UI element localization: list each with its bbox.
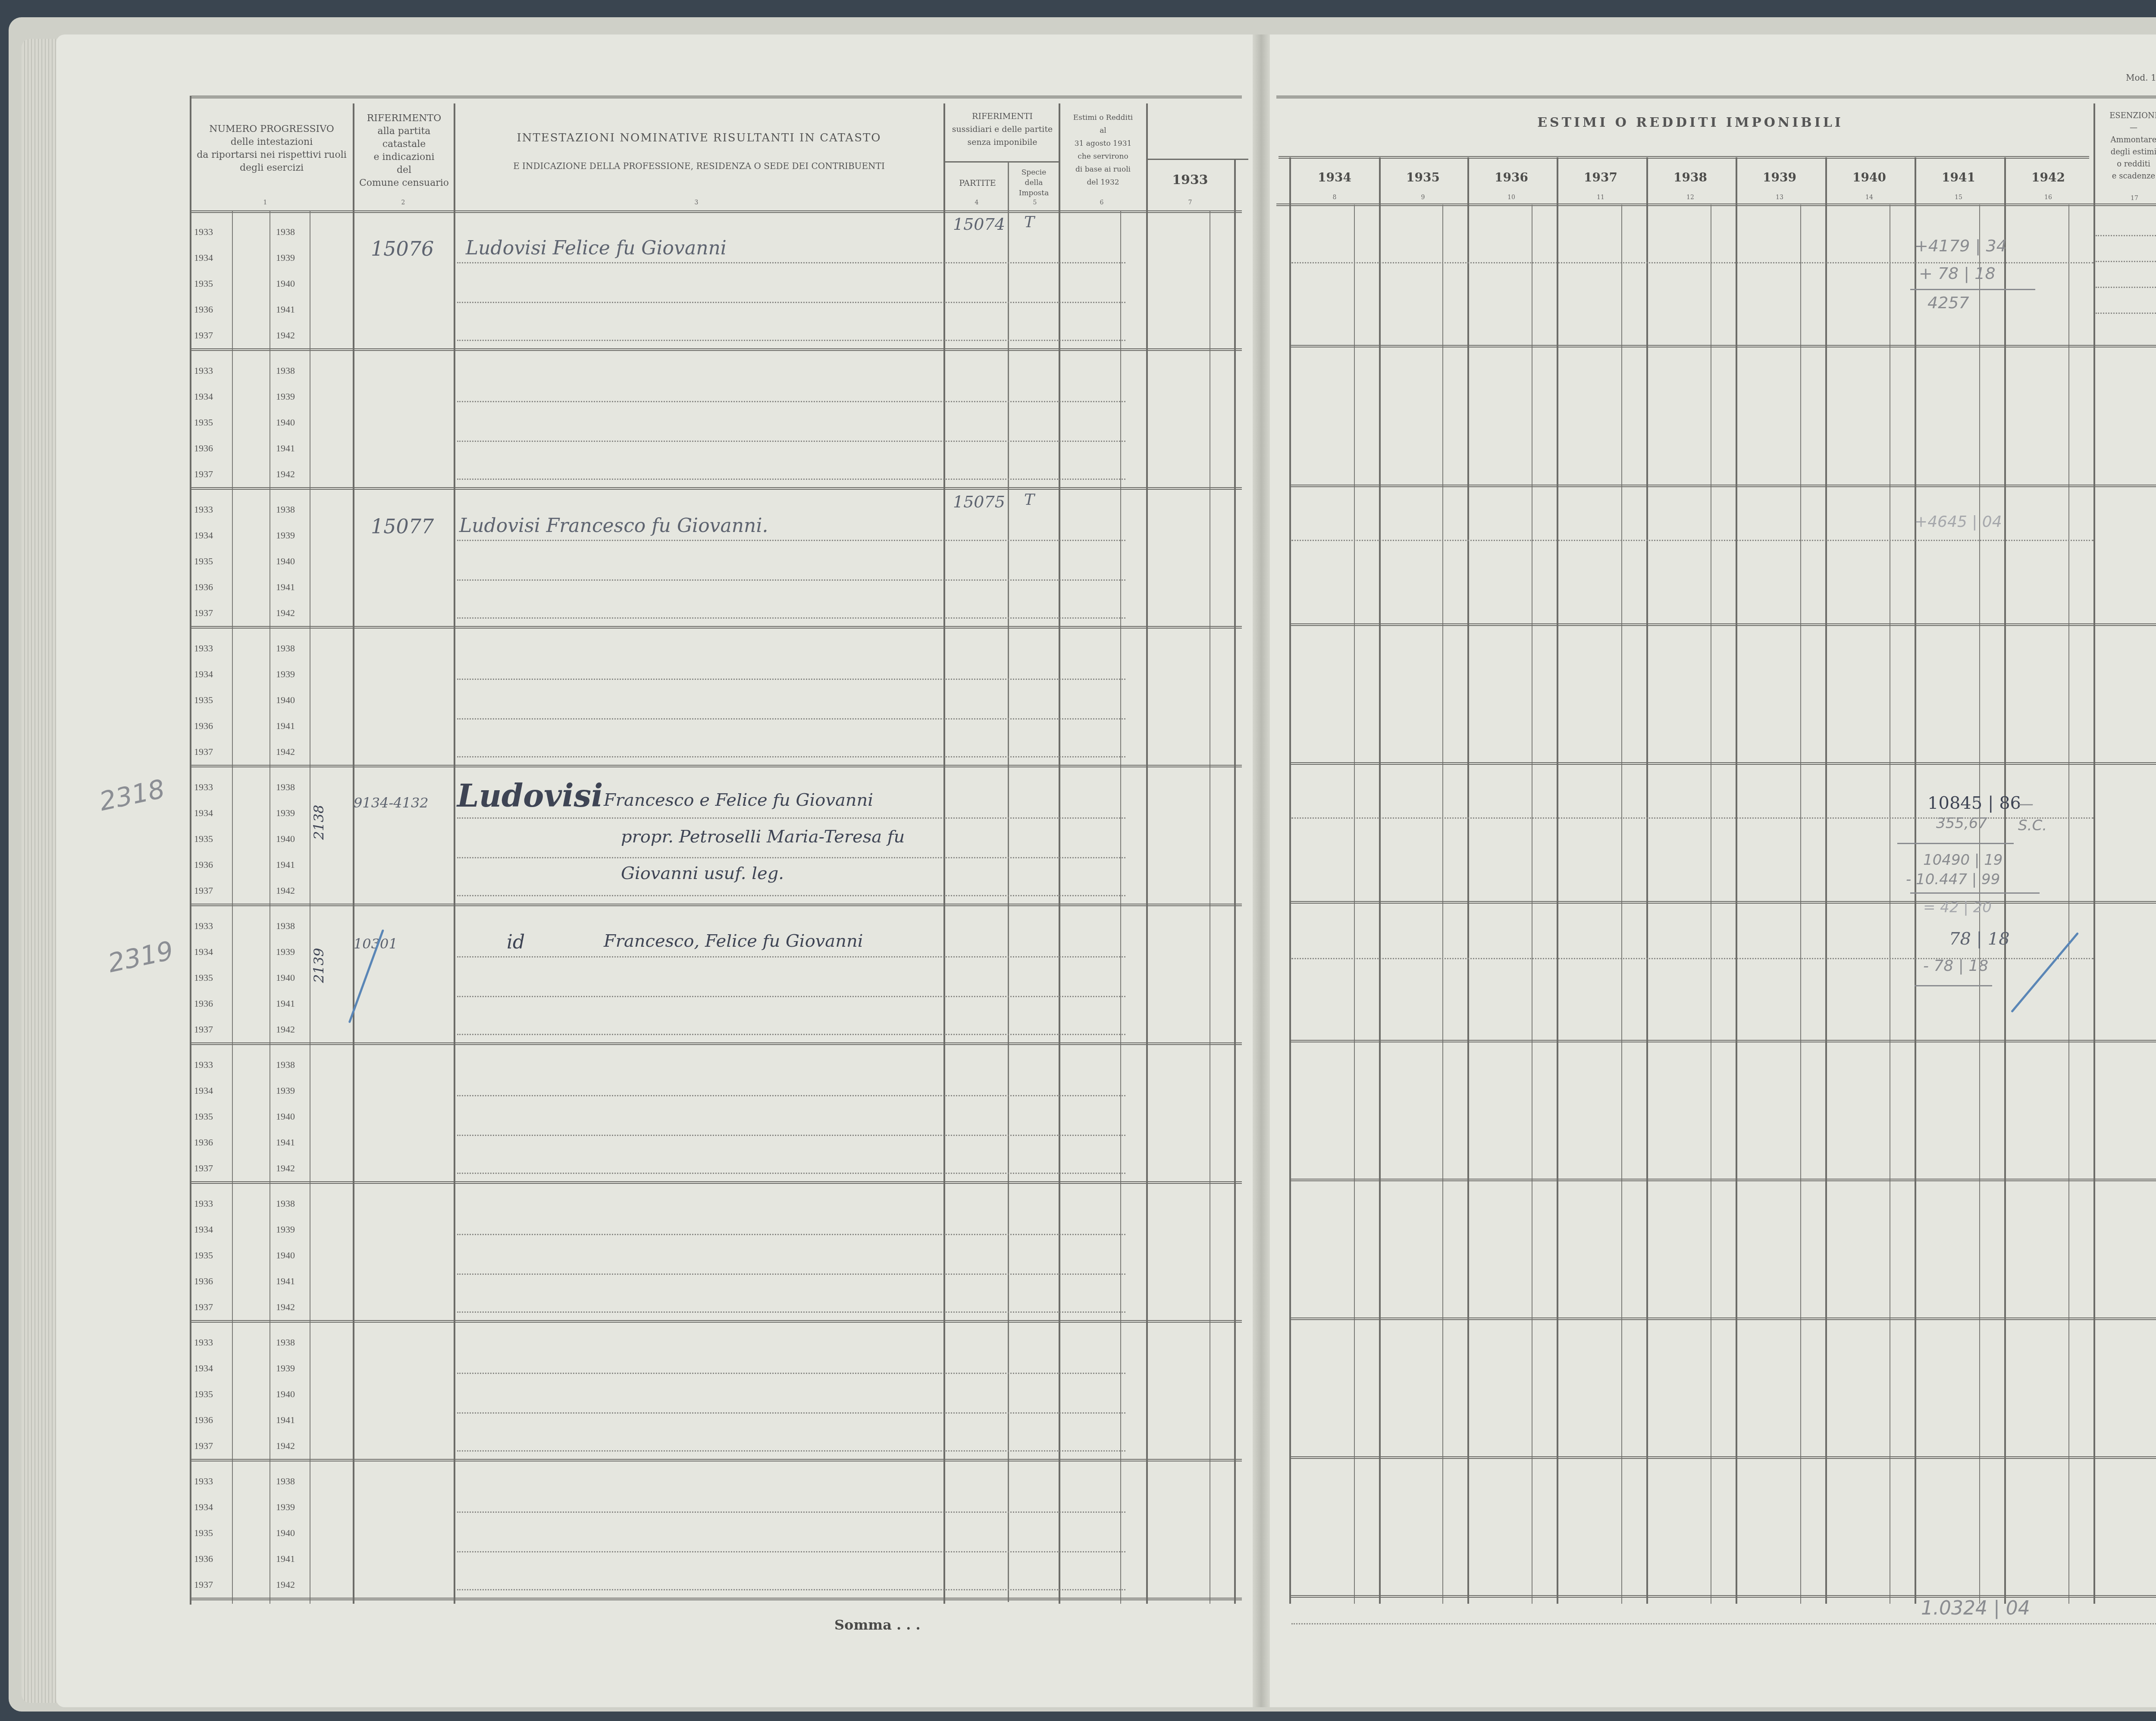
year-label: 1942 [276, 469, 295, 480]
dotted-rule [457, 1135, 1125, 1136]
year-label: 1934 [194, 807, 213, 819]
header-year: 1938 [1647, 170, 1733, 185]
year-label: 1941 [276, 582, 295, 593]
dotted-rule [2096, 287, 2156, 288]
year-label: 1941 [276, 1553, 295, 1565]
top-rule [190, 96, 1242, 98]
dotted-rule [2096, 261, 2156, 262]
year-label: 1940 [276, 1111, 295, 1122]
header-line: della [1009, 178, 1059, 188]
year-label: 1942 [276, 330, 295, 341]
year-label: 1935 [194, 1111, 213, 1122]
header-riferimento: RIFERIMENTO alla partita catastale e ind… [354, 112, 454, 190]
subheader-rule [1147, 159, 1248, 160]
sub-divider [1890, 205, 1890, 1604]
intestazione-line: Ludovisi Francesco fu Giovanni. [459, 515, 768, 537]
sub-divider [1532, 205, 1532, 1604]
value-1942-note: — [2018, 795, 2034, 813]
col-number: 10 [1505, 194, 1518, 201]
dotted-rule [457, 340, 1125, 341]
year-label: 1940 [276, 1250, 295, 1261]
dotted-rule [457, 1095, 1125, 1096]
year-label: 1933 [194, 226, 213, 238]
col-number: 12 [1684, 194, 1697, 201]
year-label: 1937 [194, 1579, 213, 1590]
year-label: 1937 [194, 885, 213, 896]
entry-block[interactable]: 1933 1934 1935 1936 1937 1938 1939 1940 … [190, 905, 1242, 1044]
year-label: 1941 [276, 304, 295, 315]
year-label: 1936 [194, 582, 213, 593]
year-label: 1933 [194, 504, 213, 515]
year-label: 1935 [194, 417, 213, 428]
year-label: 1939 [276, 391, 295, 402]
col-divider [1467, 157, 1469, 1604]
year-label: 1939 [276, 946, 295, 958]
year-label: 1940 [276, 278, 295, 289]
dotted-rule [457, 479, 1125, 480]
col-number-7: 7 [1184, 199, 1197, 206]
header-line: Imposta [1009, 188, 1059, 198]
value-1941: - 10.447 | 99 [1906, 871, 2000, 888]
book-gutter [1253, 34, 1270, 1707]
year-label: 1939 [276, 1224, 295, 1235]
entry-block[interactable]: 1933 1934 1935 1936 1937 1938 1939 1940 … [190, 1322, 1242, 1461]
entry-block[interactable]: 1933 1934 1935 1936 1937 1938 1939 1940 … [190, 767, 1242, 905]
pencil-cancel-line [1915, 985, 1992, 986]
col-number-4: 4 [970, 199, 983, 206]
top-rule [1276, 96, 2156, 98]
dotted-rule [457, 1551, 1125, 1552]
header-line: alla partita catastale [354, 125, 454, 151]
dotted-rule [457, 1034, 1125, 1035]
year-label: 1934 [194, 946, 213, 958]
sub-divider [1711, 205, 1711, 1604]
year-label: 1938 [276, 643, 295, 654]
header-year: 1939 [1736, 170, 1823, 185]
header-title: RIFERIMENTO [354, 112, 454, 125]
entry-block[interactable]: 1933 1934 1935 1936 1937 1938 1939 1940 … [190, 1461, 1242, 1599]
dotted-rule [457, 302, 1125, 303]
header-line: 31 agosto 1931 [1060, 137, 1146, 150]
year-label: 1941 [276, 720, 295, 732]
block-rule [1289, 1040, 2156, 1042]
year-label: 1936 [194, 1414, 213, 1426]
year-label: 1935 [194, 1389, 213, 1400]
year-label: 1939 [276, 1502, 295, 1513]
year-label: 1934 [194, 1502, 213, 1513]
dotted-rule [457, 996, 1125, 997]
value-1941: 4257 [1927, 293, 1969, 312]
year-label: 1942 [276, 885, 295, 896]
year-label: 1933 [194, 1198, 213, 1209]
riferimento-value: 15076 [371, 237, 434, 260]
block-rule [1289, 901, 2156, 904]
intestazione-line: propr. Petroselli Maria-Teresa fu [621, 827, 905, 847]
header-dash: — [2095, 122, 2156, 134]
year-label: 1938 [276, 226, 295, 238]
entry-block[interactable]: 1933 1934 1935 1936 1937 1938 1939 1940 … [190, 1183, 1242, 1322]
year-label: 1937 [194, 1163, 213, 1174]
col1-extra-number: 2139 [310, 948, 327, 983]
year-label: 1941 [276, 1276, 295, 1287]
year-label: 1934 [194, 391, 213, 402]
year-label: 1933 [194, 1476, 213, 1487]
col-number-2: 2 [397, 199, 410, 206]
col-number: 11 [1594, 194, 1607, 201]
year-label: 1938 [276, 1198, 295, 1209]
riferimento-value: 9134-4132 [354, 795, 429, 811]
left-border [1289, 157, 1291, 1604]
year-label: 1935 [194, 278, 213, 289]
header-title: ESENZIONI [2095, 110, 2156, 122]
header-intestazioni: INTESTAZIONI NOMINATIVE RISULTANTI IN CA… [455, 131, 943, 144]
dotted-rule [457, 857, 1125, 858]
year-label: 1936 [194, 1137, 213, 1148]
year-label: 1939 [276, 669, 295, 680]
year-label: 1942 [276, 746, 295, 757]
year-label: 1936 [194, 720, 213, 732]
header-title: RIFERIMENTI [945, 110, 1059, 123]
year-label: 1933 [194, 1337, 213, 1348]
year-label: 1934 [194, 1224, 213, 1235]
header-intestazioni-subtitle: E INDICAZIONE DELLA PROFESSIONE, RESIDEN… [455, 160, 943, 172]
year-label: 1938 [276, 1059, 295, 1070]
dotted-rule [457, 540, 1125, 541]
dotted-rule [457, 817, 1125, 819]
year-label: 1935 [194, 972, 213, 983]
value-1941: 355,67 [1936, 815, 1987, 832]
year-label: 1939 [276, 1363, 295, 1374]
year-label: 1941 [276, 1414, 295, 1426]
partite-value: 15074 [953, 215, 1005, 234]
value-1941: = 42 | 20 [1923, 899, 1992, 916]
specie-value: T [1024, 491, 1034, 509]
somma-label: Somma . . . [834, 1617, 921, 1633]
year-label: 1933 [194, 782, 213, 793]
year-label: 1933 [194, 643, 213, 654]
riferimento-value: 15077 [371, 515, 434, 538]
subheader-rule [945, 161, 1059, 163]
col-number: 15 [1952, 194, 1965, 201]
header-year: 1941 [1915, 170, 2002, 185]
year-label: 1941 [276, 859, 295, 870]
form-title: Mod. 111 - Imposte Dirette (Intercalare)… [2126, 72, 2156, 83]
value-1941: +4179 | 34 [1915, 236, 2007, 255]
header-year: 1934 [1291, 170, 1378, 185]
year-label: 1937 [194, 330, 213, 341]
col-divider [1379, 157, 1381, 1604]
year-label: 1936 [194, 443, 213, 454]
header-line: senza imponibile [945, 136, 1059, 149]
block-rule [1289, 762, 2156, 765]
col-number: 9 [1416, 194, 1429, 201]
pencil-sum-line [1910, 892, 2040, 894]
dotted-rule [2096, 235, 2156, 236]
col-number-1: 1 [259, 199, 272, 206]
intestazione-line: Ludovisi Felice fu Giovanni [466, 237, 727, 259]
dotted-rule [457, 1450, 1125, 1452]
col-divider [1646, 157, 1648, 1604]
dotted-rule [457, 718, 1125, 720]
year-label: 1933 [194, 920, 213, 932]
year-label: 1934 [194, 1085, 213, 1096]
col-number-5: 5 [1028, 199, 1041, 206]
year-label: 1937 [194, 1440, 213, 1452]
year-label: 1935 [194, 695, 213, 706]
year-label: 1942 [276, 1302, 295, 1313]
pencil-sum-line [1910, 289, 2035, 290]
col-divider [1736, 157, 1737, 1604]
year-label: 1935 [194, 556, 213, 567]
year-label: 1936 [194, 859, 213, 870]
dotted-rule [457, 956, 1125, 958]
year-label: 1940 [276, 417, 295, 428]
year-label: 1934 [194, 252, 213, 263]
header-year: 1940 [1826, 170, 1912, 185]
entry-block[interactable]: 1933 1934 1935 1936 1937 1938 1939 1940 … [190, 350, 1242, 489]
dotted-rule [1291, 540, 2093, 541]
header-line: e scadenze [2095, 170, 2156, 182]
dotted-rule [457, 1412, 1125, 1414]
dotted-rule [1291, 262, 2093, 263]
header-estimi-1931: Estimi o Redditi al 31 agosto 1931 che s… [1060, 111, 1146, 189]
dotted-rule [457, 1274, 1125, 1275]
col-divider [2004, 157, 2006, 1604]
header-year: 1935 [1380, 170, 1466, 185]
value-1941: 10490 | 19 [1923, 851, 2003, 869]
specie-value: T [1024, 213, 1034, 231]
year-label: 1940 [276, 1389, 295, 1400]
block-rule [1289, 1179, 2156, 1181]
header-year: 1936 [1468, 170, 1554, 185]
year-label: 1941 [276, 1137, 295, 1148]
header-line: Ammontare [2095, 134, 2156, 146]
year-label: 1939 [276, 252, 295, 263]
header-numero-progressivo: NUMERO PROGRESSIVO delle intestazioni da… [192, 123, 351, 175]
dotted-rule [457, 679, 1125, 680]
header-line: Specie [1009, 167, 1059, 178]
entry-block[interactable]: 1933 1934 1935 1936 1937 1938 1939 1940 … [190, 628, 1242, 767]
year-label: 1934 [194, 1363, 213, 1374]
value-1941: + 78 | 18 [1919, 264, 1996, 283]
dotted-rule [457, 579, 1125, 581]
header-line: e indicazioni [354, 151, 454, 164]
sub-divider [1621, 205, 1622, 1604]
sub-divider [1354, 205, 1355, 1604]
header-line: del 1932 [1060, 176, 1146, 189]
dotted-rule [457, 1311, 1125, 1313]
dotted-rule [2096, 313, 2156, 314]
intestazione-line: Francesco e Felice fu Giovanni [604, 790, 873, 810]
year-label: 1936 [194, 1553, 213, 1565]
year-label: 1940 [276, 695, 295, 706]
entry-block[interactable]: 1933 1934 1935 1936 1937 1938 1939 1940 … [190, 489, 1242, 628]
year-label: 1935 [194, 1527, 213, 1539]
header-line: degli estimi [2095, 146, 2156, 158]
year-label: 1935 [194, 833, 213, 845]
dotted-rule [457, 262, 1125, 263]
value-1942-note: S.C. [2018, 817, 2047, 834]
header-estimi-redditi: ESTIMI O REDDITI IMPONIBILI [1294, 116, 2087, 129]
year-label: 1933 [194, 1059, 213, 1070]
block-rule [1289, 1317, 2156, 1320]
year-label: 1936 [194, 304, 213, 315]
header-line: Comune censuario [354, 177, 454, 190]
header-line: Estimi o Redditi [1060, 111, 1146, 124]
year-label: 1937 [194, 1024, 213, 1035]
dotted-rule [457, 756, 1125, 757]
col-number-17: 17 [2128, 195, 2141, 202]
intestazione-surname: id [507, 931, 525, 953]
dotted-rule [457, 895, 1125, 896]
year-label: 1939 [276, 807, 295, 819]
col-divider [2093, 103, 2095, 1604]
year-label: 1936 [194, 998, 213, 1009]
dotted-rule [1291, 1623, 2156, 1624]
year-label: 1936 [194, 1276, 213, 1287]
year-label: 1942 [276, 1163, 295, 1174]
value-1941: 10845 | 86 [1927, 793, 2021, 813]
dotted-rule [457, 1173, 1125, 1174]
year-label: 1938 [276, 365, 295, 376]
year-label: 1942 [276, 1579, 295, 1590]
year-label: 1937 [194, 1302, 213, 1313]
header-year: 1942 [2005, 170, 2091, 185]
col-divider [1825, 157, 1827, 1604]
header-year-1933: 1933 [1147, 172, 1233, 188]
col-number: 14 [1863, 194, 1876, 201]
year-label: 1937 [194, 469, 213, 480]
year-label: 1935 [194, 1250, 213, 1261]
year-label: 1942 [276, 1024, 295, 1035]
header-line: del [354, 164, 454, 177]
header-line: di base ai ruoli [1060, 163, 1146, 176]
year-label: 1938 [276, 1476, 295, 1487]
value-1941: +4645 | 04 [1915, 513, 2002, 531]
year-label: 1941 [276, 443, 295, 454]
block-rule [1289, 345, 2156, 347]
header-partite: PARTITE [945, 177, 1010, 190]
dotted-rule [457, 401, 1125, 402]
header-esenzioni: ESENZIONI — Ammontare degli estimi o red… [2095, 110, 2156, 182]
intestazione-line: Francesco, Felice fu Giovanni [604, 931, 863, 951]
header-year: 1937 [1557, 170, 1644, 185]
year-label: 1940 [276, 833, 295, 845]
subheader-rule [1279, 156, 2089, 159]
year-label: 1939 [276, 1085, 295, 1096]
block-rule [1289, 485, 2156, 487]
block-rule [190, 1598, 1242, 1600]
intestazione-surname: Ludovisi [457, 777, 603, 814]
year-label: 1933 [194, 365, 213, 376]
intestazione-line: Giovanni usuf. leg. [621, 864, 784, 883]
header-line: delle intestazioni [192, 136, 351, 149]
sub-divider [2068, 205, 2069, 1604]
year-label: 1940 [276, 1527, 295, 1539]
year-label: 1938 [276, 504, 295, 515]
year-label: 1942 [276, 607, 295, 619]
block-rule [1289, 1456, 2156, 1459]
year-label: 1934 [194, 669, 213, 680]
year-label: 1941 [276, 998, 295, 1009]
col1-extra-number: 2138 [310, 805, 327, 840]
value-1941: 78 | 18 [1949, 929, 2010, 949]
block-rule [1289, 623, 2156, 626]
year-label: 1937 [194, 607, 213, 619]
year-label: 1940 [276, 556, 295, 567]
year-label: 1940 [276, 972, 295, 983]
col-number: 8 [1328, 194, 1341, 201]
dotted-rule [457, 441, 1125, 442]
sub-divider [1800, 205, 1801, 1604]
header-rule [1276, 203, 2156, 206]
col-divider [1557, 157, 1558, 1604]
dotted-rule [457, 1234, 1125, 1235]
dotted-rule [457, 1373, 1125, 1374]
year-label: 1934 [194, 530, 213, 541]
sub-divider [1442, 205, 1443, 1604]
header-line: o redditi [2095, 158, 2156, 170]
header-line: sussidiari e delle partite [945, 123, 1059, 136]
col-number: 13 [1773, 194, 1786, 201]
year-label: 1938 [276, 1337, 295, 1348]
pencil-sum-line [1897, 843, 2014, 844]
dotted-rule [457, 1589, 1125, 1590]
year-label: 1938 [276, 920, 295, 932]
dotted-rule [457, 1511, 1125, 1513]
year-label: 1942 [276, 1440, 295, 1452]
year-label: 1939 [276, 530, 295, 541]
col-number-3: 3 [690, 199, 703, 206]
somma-1941-value: 1.0324 | 04 [1921, 1597, 2030, 1619]
entry-block[interactable]: 1933 1934 1935 1936 1937 1938 1939 1940 … [190, 1044, 1242, 1183]
partite-value: 15075 [953, 492, 1005, 511]
dotted-rule [457, 617, 1125, 619]
year-label: 1937 [194, 746, 213, 757]
value-1941: - 78 | 18 [1923, 957, 1988, 975]
entry-block[interactable]: 1933 1934 1935 1936 1937 1938 1939 1940 … [190, 211, 1242, 350]
header-line: da riportarsi nei rispettivi ruoli [192, 149, 351, 162]
year-label: 1938 [276, 782, 295, 793]
header-line: degli esercizi [192, 162, 351, 175]
header-line: al [1060, 124, 1146, 137]
header-riferimenti-sussidiari: RIFERIMENTI sussidiari e delle partite s… [945, 110, 1059, 149]
header-line: che servirono [1060, 150, 1146, 163]
header-title: NUMERO PROGRESSIVO [192, 123, 351, 136]
col-number-6: 6 [1095, 199, 1108, 206]
col-number: 16 [2042, 194, 2055, 201]
header-specie-imposta: Specie della Imposta [1009, 167, 1059, 198]
